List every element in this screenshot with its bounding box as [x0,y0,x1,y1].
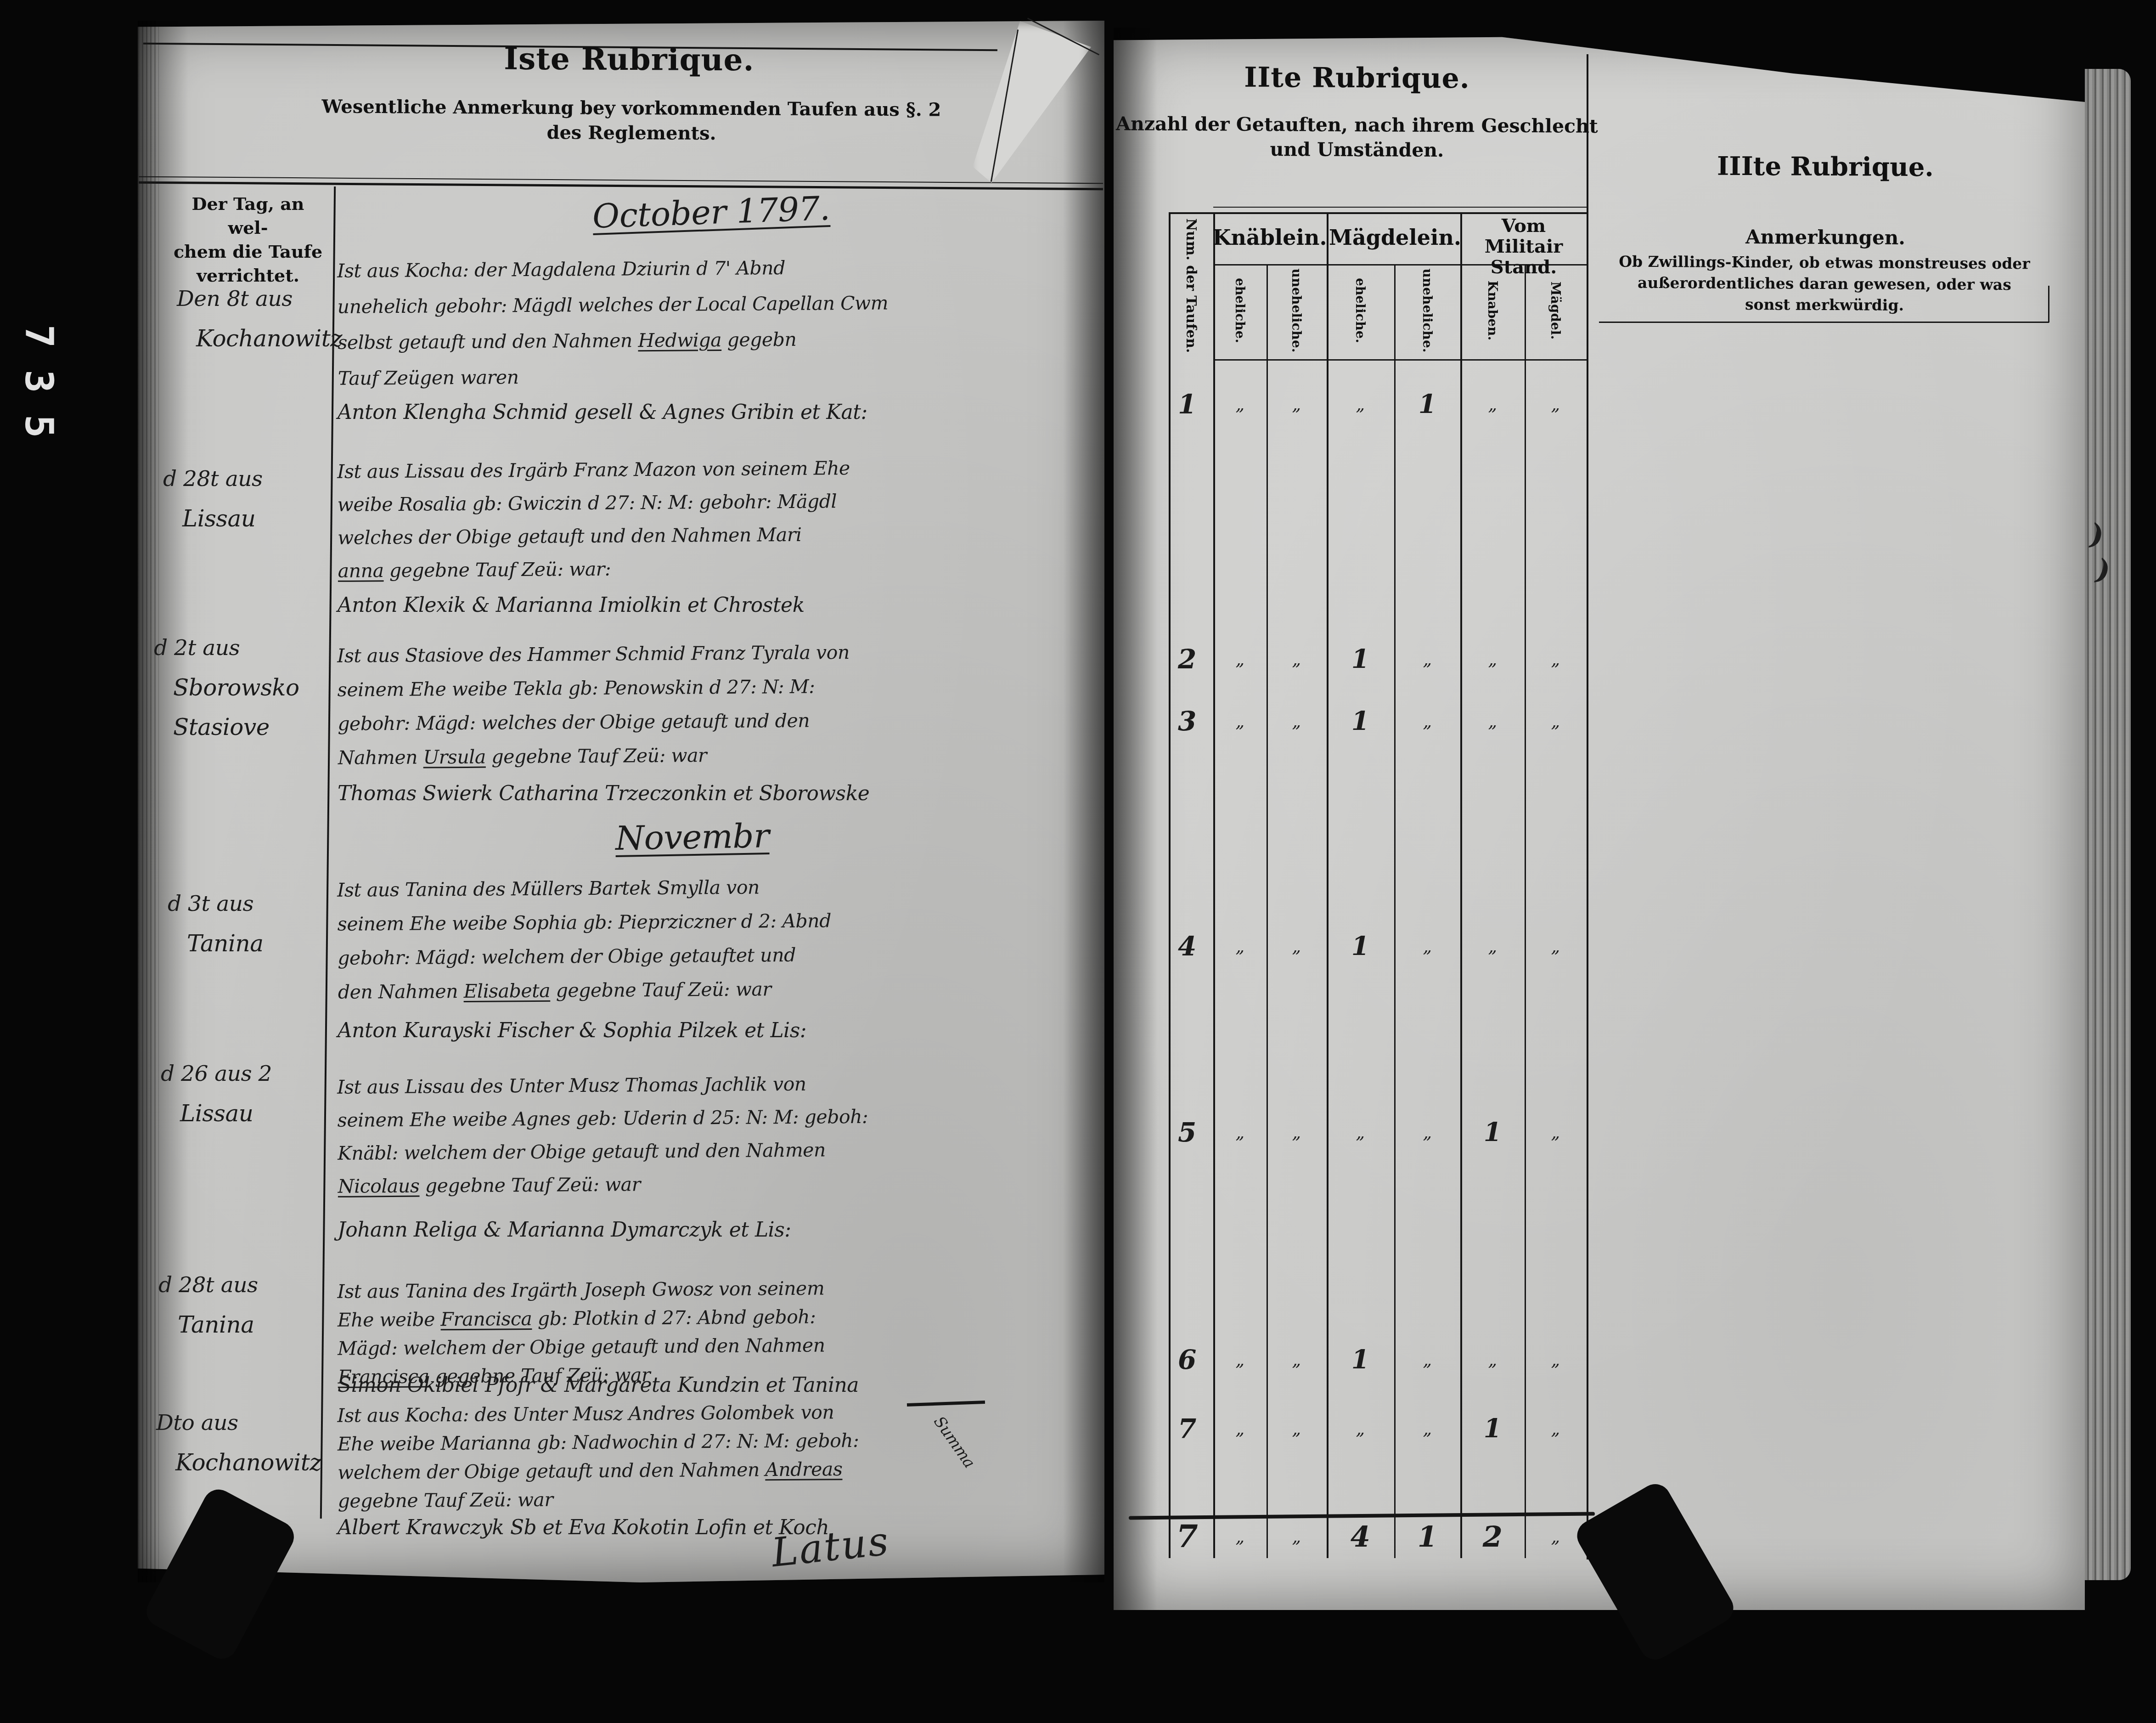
tally-cell: „ [1235,1418,1244,1439]
table-group-header: Knäblein. [1205,226,1334,250]
tally-row-number: 1 [1178,389,1196,420]
microfilm-register-scan: 735 Iste Rubrique. Wesentliche Anmerkung… [0,0,2156,1723]
date-column-header: Der Tag, an wel- chem die Taufe verricht… [170,192,326,288]
tally-total-cell: 4 [1351,1520,1370,1554]
tally-cell: „ [1488,711,1497,731]
tally-cell: 1 [1419,389,1436,419]
rubrique2-subtitle-1: Anzahl der Getauften, nach ihrem Geschle… [1056,113,1658,138]
tally-cell: 1 [1351,1345,1369,1375]
table-vline [1267,264,1268,1558]
entry-date: d 26 aus 2Lissau [161,1054,272,1133]
tally-cell: „ [1292,1122,1300,1142]
entry-text: Ist aus Lissau des Irgärb Franz Mazon vo… [337,450,1109,588]
rubrique3-note-2: außerordentliches daran gewesen, oder wa… [1597,273,2052,294]
tally-cell: „ [1551,1350,1559,1370]
table-sub-header: Knaben. [1485,281,1500,340]
rubrique-divider [1587,54,1588,1559]
table-header-bottom-rule [1213,359,1587,361]
entry-witnesses: Thomas Swierk Catharina Trzeczonkin et S… [338,782,869,805]
entry-text: Ist aus Lissau des Unter Musz Thomas Jac… [337,1065,1109,1203]
table-sub-header: eheliche. [1353,278,1368,343]
tally-total-cell: „ [1235,1526,1244,1547]
rubrique2-title: IIte Rubrique. [1056,61,1658,96]
tally-cell: „ [1235,1350,1244,1370]
tally-cell: „ [1235,711,1244,731]
tally-cell: 1 [1351,644,1369,674]
tally-row-number: 4 [1178,931,1196,962]
entry-text: Ist aus Kocha: des Unter Musz Andres Gol… [337,1396,1109,1515]
tally-row-number: 2 [1178,644,1196,675]
tally-total-cell: 1 [1418,1520,1437,1554]
tally-row-number: 7 [1178,1413,1196,1444]
table-vline [1169,212,1171,1558]
tally-total-number: 7 [1177,1518,1198,1555]
entry-date: d 28t ausLissau [163,459,263,538]
tally-cell: „ [1292,711,1300,731]
rubrique3-note-3: sonst merkwürdig. [1597,294,2052,315]
rubrique3-note-1: Ob Zwillings-Kinder, ob etwas monstreuse… [1597,252,2052,272]
tally-cell: 1 [1351,931,1369,961]
tally-cell: 1 [1484,1413,1501,1444]
tally-cell: „ [1292,1418,1300,1439]
tally-cell: „ [1235,394,1244,414]
tally-cell: 1 [1484,1117,1501,1147]
tally-cell: „ [1423,936,1431,956]
table-sub-header: eheliche. [1233,278,1248,343]
rubrique1-subtitle-1: Wesentliche Anmerkung bey vorkommenden T… [220,95,1042,121]
frame-counter-digit: 5 [20,401,58,452]
tally-cell: „ [1488,936,1497,956]
entry-witnesses: Anton Klengha Schmid gesell & Agnes Grib… [338,401,867,424]
entry-text: Ist aus Kocha: der Magdalena Dziurin d 7… [337,248,1109,396]
tally-cell: 1 [1351,706,1369,736]
rubrique3-title: IIIte Rubrique. [1598,150,2053,183]
tally-cell: „ [1551,394,1559,414]
entry-date: Den 8t ausKochanowitz [177,279,342,358]
tally-cell: „ [1235,1122,1244,1142]
tally-row-number: 6 [1178,1344,1196,1375]
tally-cell: „ [1551,649,1559,669]
tally-cell: „ [1423,711,1431,731]
tally-cell: „ [1423,1418,1431,1439]
tally-cell: „ [1423,1122,1431,1142]
table-sub-header: uneheliche. [1289,269,1304,353]
tally-cell: „ [1292,649,1300,669]
entry-date: d 28t ausTanina [158,1265,258,1345]
entry-witnesses: Simon Okibiel Pfofr & Margareta Kundzin … [338,1373,859,1397]
frame-counter-digit: 3 [20,356,58,407]
table-group-header: Vom Militair Stand. [1459,216,1588,277]
tally-cell: „ [1235,936,1244,956]
table-vline [1213,212,1215,1558]
table-sub-header: uneheliche. [1420,269,1435,353]
frame-counter-digit: 7 [20,311,58,362]
entry-witnesses: Anton Kurayski Fischer & Sophia Pilzek e… [338,1019,806,1042]
tally-cell: „ [1551,936,1559,956]
tally-cell: „ [1488,394,1497,414]
num-column-header: Num. der Taufen. [1183,218,1199,353]
tally-cell: „ [1356,394,1364,414]
page-edge-stack [2085,69,2131,1580]
tally-cell: „ [1551,1418,1559,1439]
table-top-rule-2 [1213,207,1587,208]
tally-cell: „ [1292,1350,1300,1370]
entry-date: Dto ausKochanowitz [156,1403,321,1482]
table-vline [1525,264,1526,1558]
entry-text: Ist aus Stasiove des Hammer Schmid Franz… [337,633,1109,775]
table-group-header: Mägdelein. [1329,226,1458,250]
entry-witnesses: Albert Krawczyk Sb et Eva Kokotin Lofin … [338,1516,829,1539]
rubrique3-subtitle: Anmerkungen. [1598,225,2053,249]
tally-cell: „ [1488,1350,1497,1370]
tally-cell: „ [1423,649,1431,669]
rubrique3-underline [1599,322,2049,323]
tally-cell: „ [1423,1350,1431,1370]
table-vline [1327,212,1329,1558]
table-top-rule [1169,212,1587,214]
tally-total-cell: „ [1292,1526,1300,1547]
tally-cell: „ [1356,1418,1364,1439]
entry-witnesses: Anton Klexik & Marianna Imiolkin et Chro… [338,593,805,617]
tally-cell: „ [1292,394,1300,414]
tally-row-number: 5 [1178,1117,1196,1148]
rubrique1-subtitle-2: des Reglements. [220,120,1042,146]
rubrique3-border-tick [2048,286,2049,322]
tally-total-cell: „ [1551,1526,1559,1547]
tally-cell: „ [1356,1122,1364,1142]
entry-date: d 3t ausTanina [168,884,263,963]
tally-cell: „ [1488,649,1497,669]
entry-witnesses: Johann Religa & Marianna Dymarczyk et Li… [338,1218,791,1242]
tally-cell: „ [1551,1122,1559,1142]
table-vline [1394,264,1396,1558]
tally-row-number: 3 [1178,706,1196,737]
tally-cell: „ [1235,649,1244,669]
tally-cell: „ [1292,936,1300,956]
month-heading-november: Novembr [615,816,769,858]
rubrique2-subtitle-2: und Umständen. [1056,137,1658,163]
entry-text: Ist aus Tanina des Müllers Bartek Smylla… [337,868,1109,1009]
tally-total-cell: 2 [1483,1520,1503,1554]
tally-cell: „ [1551,711,1559,731]
table-sub-header: Mägdel. [1548,282,1563,340]
rubrique1-title: Iste Rubrique. [321,40,937,79]
entry-date: d 2t ausSborowskoStasiove [154,628,299,747]
table-vline [1460,212,1462,1558]
frame-counter: 735 [14,317,64,446]
